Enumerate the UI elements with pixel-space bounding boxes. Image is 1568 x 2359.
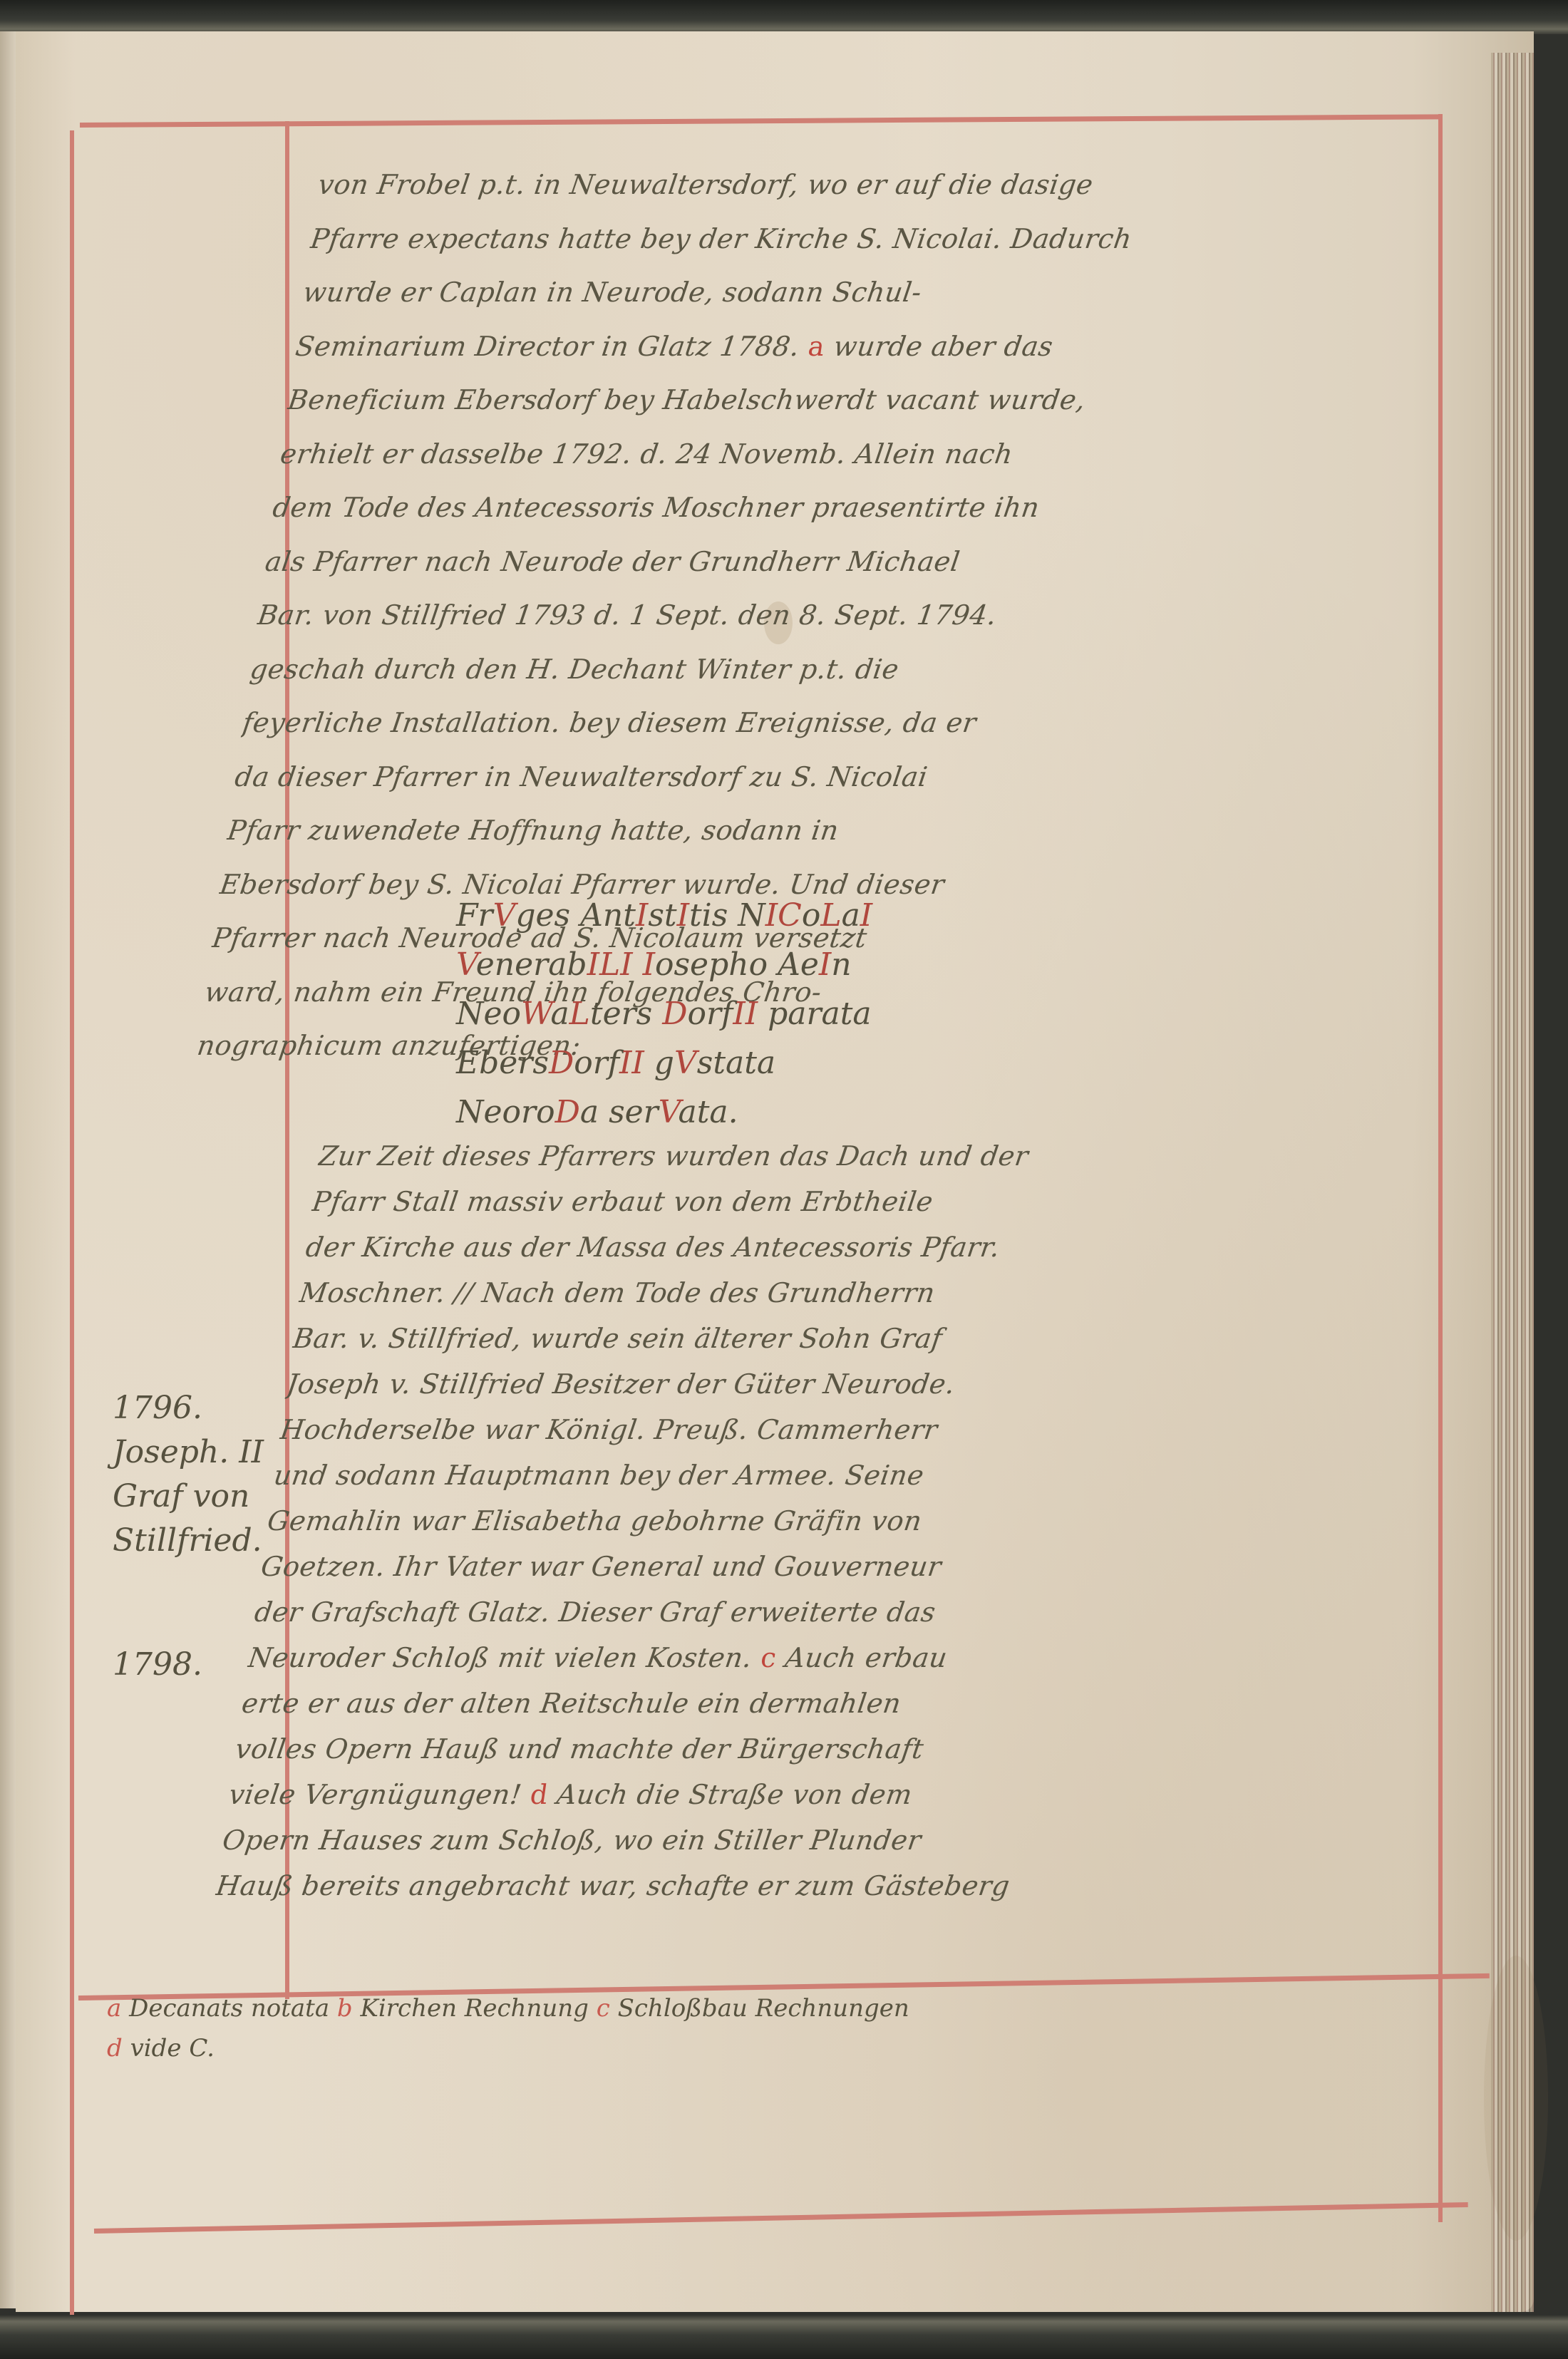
margin-note-1796: 1796. Joseph. II Graf von Stillfried.	[113, 1386, 291, 1563]
main-text-block-2: Zur Zeit dieses Pfarrers wurden das Dach…	[213, 1133, 1434, 1909]
footnote-mark: b	[337, 1994, 353, 2023]
text-line: Neuroder Schloß mit vielen Kosten.	[246, 1642, 754, 1673]
margin-line: Stillfried.	[113, 1519, 291, 1563]
footnote-line-1: a Decanats notata b Kirchen Rechnung c S…	[107, 1988, 1447, 2028]
text-line: Joseph v. Stillfried Besitzer der Güter …	[284, 1361, 1402, 1407]
footnote-text: Decanats notata	[129, 1994, 329, 2023]
text-line: viele Vergnügungen!	[227, 1779, 523, 1810]
footnote-mark-c: c	[759, 1642, 779, 1673]
text-line: Gemahlin war Elisabetha gebohrne Gräfin …	[264, 1498, 1383, 1544]
book-binding-top	[0, 0, 1568, 34]
text-line: Bar. v. Stillfried, wurde sein älterer S…	[290, 1316, 1408, 1361]
paper-stain	[1484, 1956, 1548, 2241]
text-line: Pfarr Stall massiv erbaut von dem Erbthe…	[309, 1179, 1428, 1224]
margin-line: 1798.	[113, 1643, 291, 1687]
text-line: erte er aus der alten Reitschule ein der…	[239, 1681, 1357, 1726]
margin-note-1798: 1798.	[113, 1643, 291, 1687]
text-line: geschah durch den H. Dechant Winter p.t.…	[247, 643, 1366, 697]
text-line-with-footnote: viele Vergnügungen! d Auch die Straße vo…	[226, 1772, 1344, 1817]
text-line: Hochderselbe war Königl. Preuß. Cammerhe…	[277, 1407, 1396, 1452]
text-line-with-footnote: Seminarium Director in Glatz 1788. a wur…	[292, 320, 1412, 374]
text-line: Beneficium Ebersdorf bey Habelschwerdt v…	[284, 373, 1404, 428]
text-line: erhielt er dasselbe 1792. d. 24 Novemb. …	[277, 428, 1396, 482]
ruling-right	[1438, 114, 1443, 2222]
text-line: Bar. von Stillfried 1793 d. 1 Sept. den …	[254, 589, 1374, 643]
footnote-mark: d	[107, 2034, 123, 2063]
text-line: Pfarr zuwendete Hoffnung hatte, sodann i…	[224, 804, 1343, 858]
text-line: der Kirche aus der Massa des Antecessori…	[303, 1224, 1421, 1270]
chronogram-line: NeoWaLters DorfII parata	[456, 989, 872, 1038]
chronogram-line: VenerabILI Iosepho AeIn	[456, 940, 872, 989]
footnote-line-2: d vide C.	[107, 2028, 1447, 2068]
chronogram-line: NeoroDa serVata.	[456, 1088, 872, 1137]
footnote-mark-a: a	[806, 331, 827, 362]
margin-line: Graf von	[113, 1475, 291, 1519]
book-binding-bottom	[0, 2315, 1568, 2359]
footnotes: a Decanats notata b Kirchen Rechnung c S…	[107, 1988, 1447, 2068]
text-line: da dieser Pfarrer in Neuwaltersdorf zu S…	[232, 750, 1351, 805]
margin-line: 1796.	[113, 1386, 291, 1430]
text-line: feyerliche Installation. bey diesem Erei…	[239, 696, 1358, 750]
ruling-left-outer	[70, 130, 74, 2359]
text-line: Opern Hauses zum Schloß, wo ein Stiller …	[220, 1817, 1338, 1863]
text-line: wurde er Caplan in Neurode, sodann Schul…	[299, 266, 1419, 320]
text-fragment: Auch die Straße von dem	[555, 1779, 914, 1810]
chronogram-line: FrVges AntIstItis NICoLaI	[456, 891, 872, 940]
text-line: Zur Zeit dieses Pfarrers wurden das Dach…	[316, 1133, 1434, 1179]
text-fragment: wurde aber das	[832, 331, 1055, 362]
text-line: von Frobel p.t. in Neuwaltersdorf, wo er…	[314, 158, 1434, 212]
chronogram-line: EbersDorfII gVstata	[456, 1038, 872, 1088]
footnote-mark: a	[107, 1994, 121, 2023]
text-line: der Grafschaft Glatz. Dieser Graf erweit…	[252, 1589, 1370, 1635]
text-line: und sodann Hauptmann bey der Armee. Sein…	[271, 1452, 1389, 1498]
text-line: volles Opern Hauß und machte der Bürgers…	[232, 1726, 1351, 1772]
text-line: Goetzen. Ihr Vater war General und Gouve…	[258, 1544, 1376, 1589]
footnote-text: Kirchen Rechnung	[361, 1994, 589, 2023]
text-fragment: Auch erbau	[783, 1642, 949, 1673]
text-line: als Pfarrer nach Neurode der Grundherr M…	[262, 535, 1381, 589]
footnote-mark: c	[597, 1994, 610, 2023]
text-line: Hauß bereits angebracht war, schafte er …	[213, 1863, 1331, 1909]
text-line-with-footnote: Neuroder Schloß mit vielen Kosten. c Auc…	[245, 1635, 1363, 1681]
footnote-mark-d: d	[528, 1779, 550, 1810]
chronogram: FrVges AntIstItis NICoLaI VenerabILI Ios…	[456, 891, 872, 1137]
text-line: Moschner. // Nach dem Tode des Grundherr…	[296, 1270, 1415, 1316]
text-line: Seminarium Director in Glatz 1788.	[294, 331, 802, 362]
previous-page-edge	[0, 31, 16, 2308]
footnote-text: vide C.	[130, 2034, 215, 2063]
margin-line: Joseph. II	[113, 1430, 291, 1475]
footnote-text: Schloßbau Rechnungen	[618, 1994, 909, 2023]
text-line: Pfarre expectans hatte bey der Kirche S.…	[307, 212, 1427, 267]
text-line: dem Tode des Antecessoris Moschner praes…	[269, 481, 1389, 535]
